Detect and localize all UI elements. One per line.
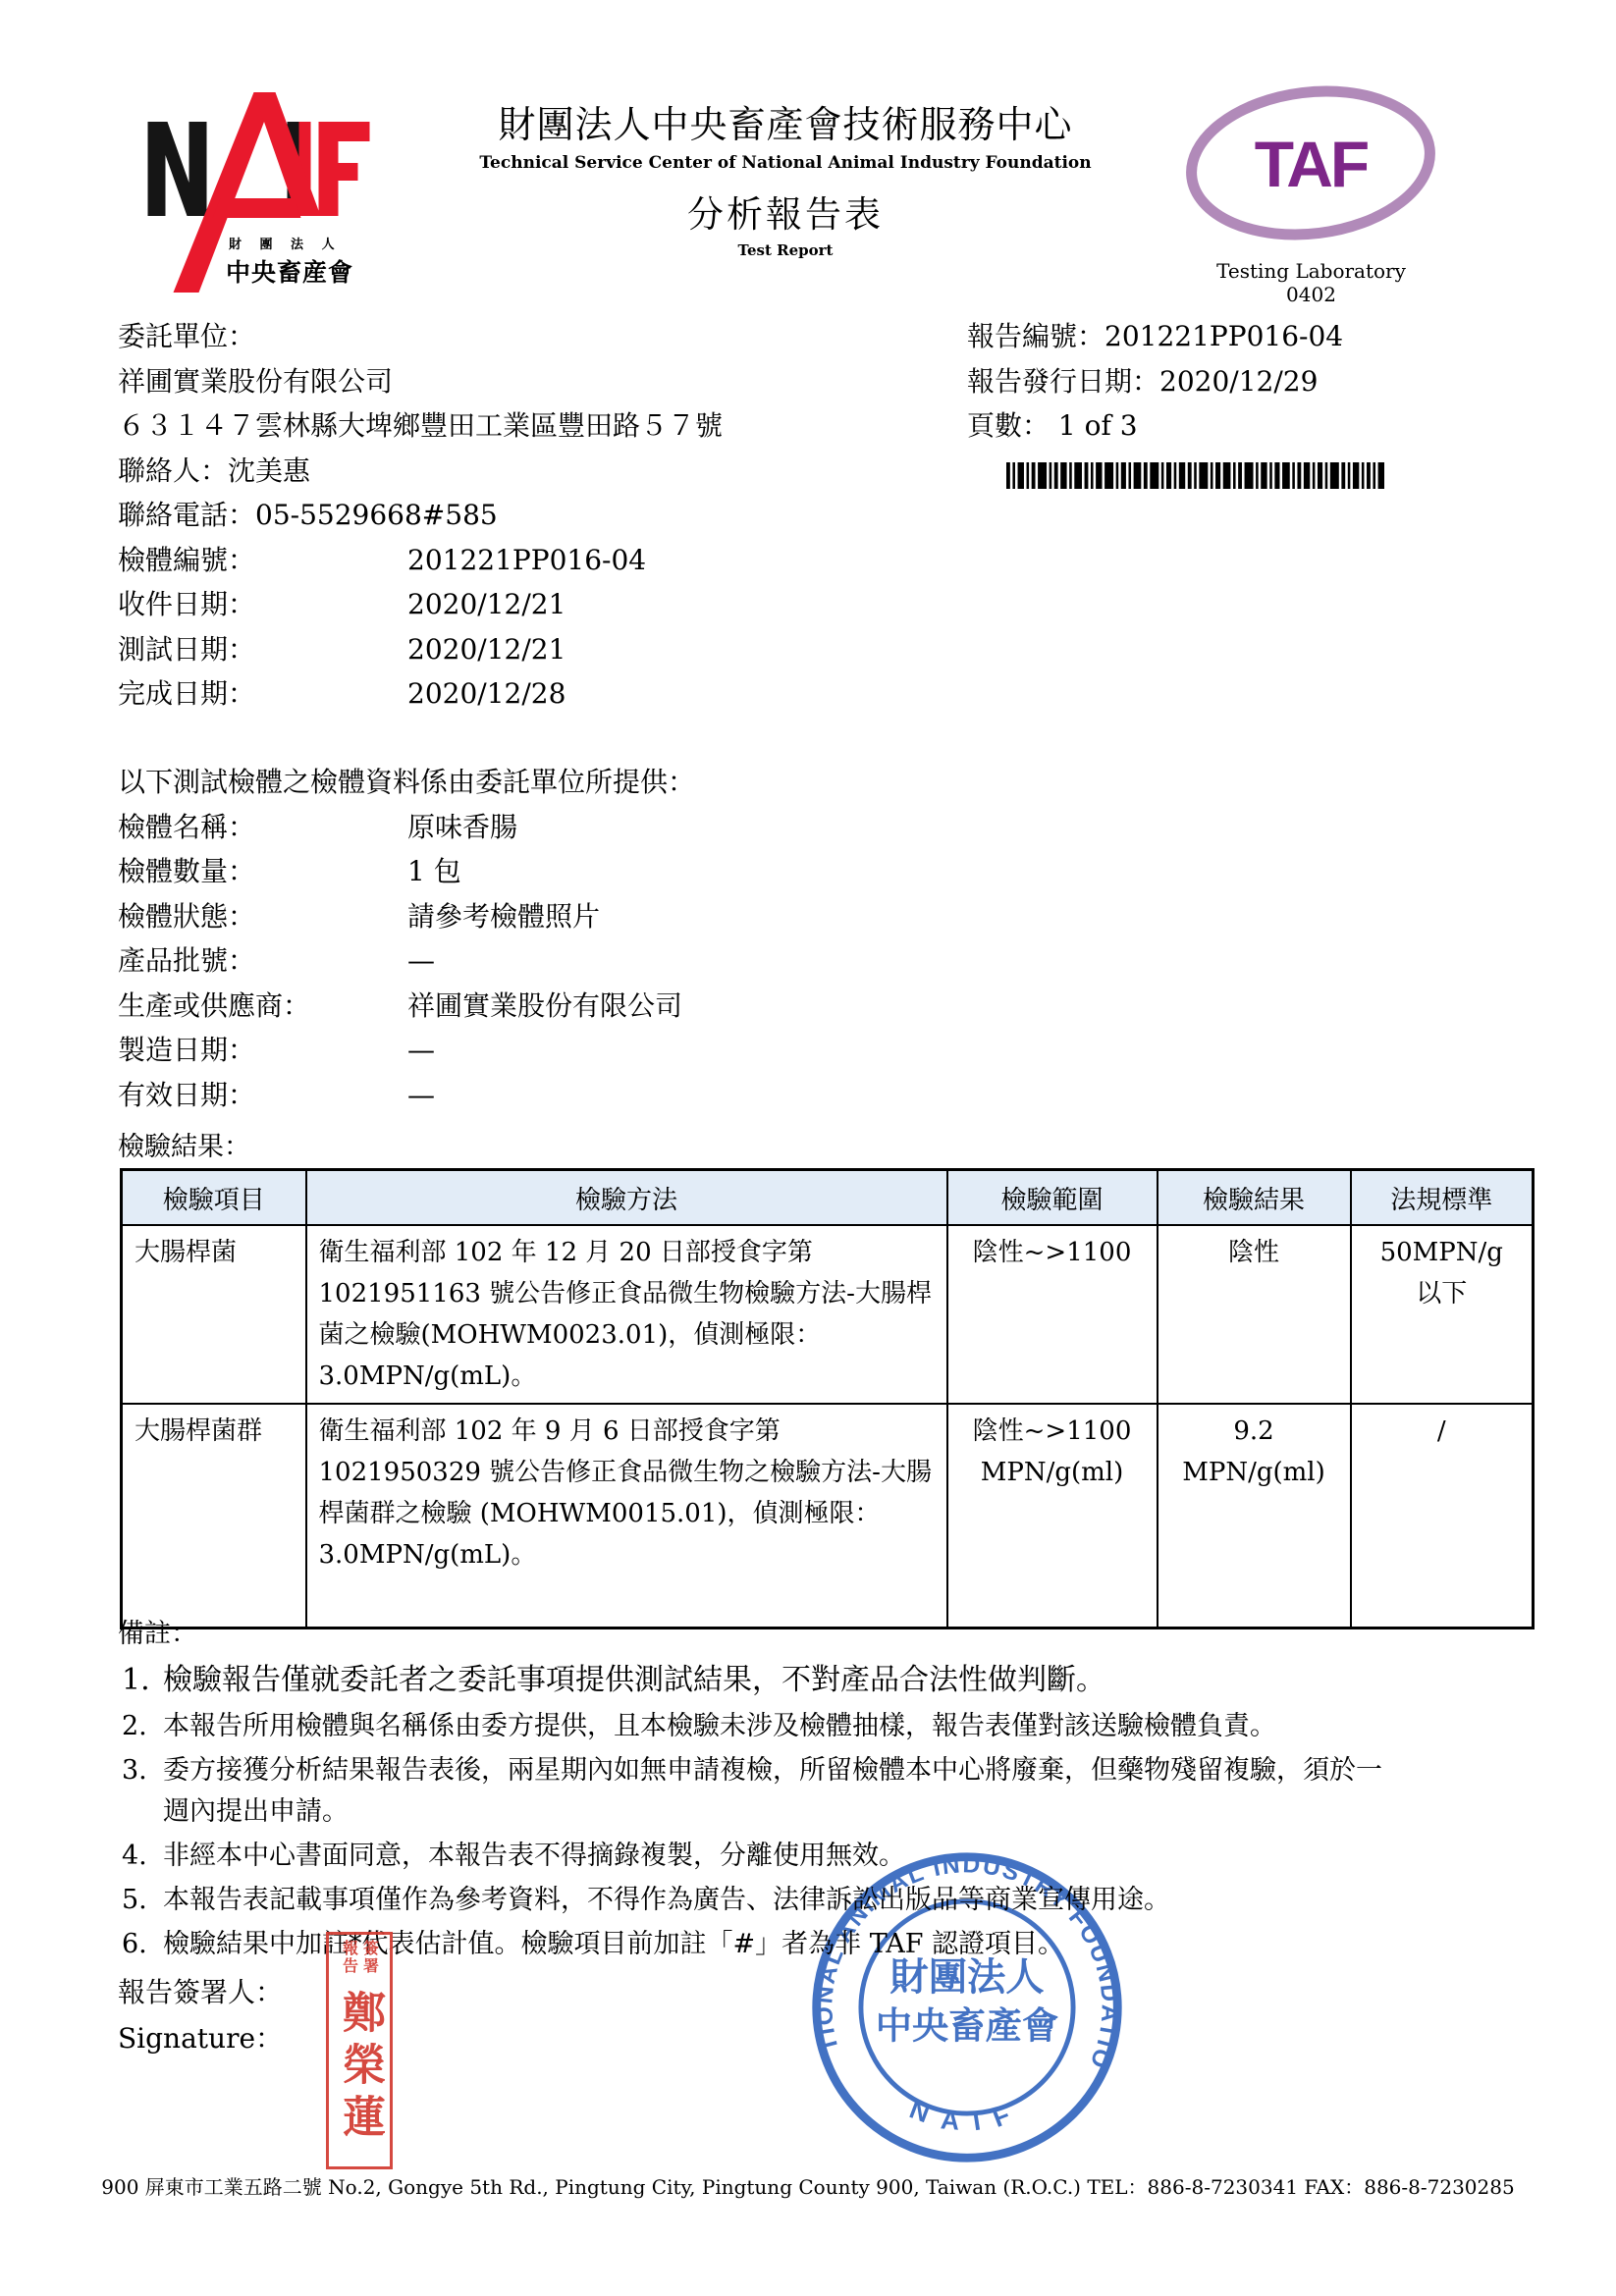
signer-label-zh: 報告簽署人： <box>118 1969 283 2015</box>
col-header-range: 檢驗範圍 <box>947 1170 1158 1226</box>
col-header-standard: 法規標準 <box>1351 1170 1534 1226</box>
sample-exp-date-row: 有效日期： — <box>118 1073 1198 1118</box>
taf-number: 0402 <box>1176 283 1446 306</box>
client-phone: 聯絡電話：05-5529668#585 <box>118 493 943 538</box>
note-item-1: 1. 檢驗報告僅就委託者之委託事項提供測試結果，不對產品合法性做判斷。 <box>118 1658 1394 1703</box>
org-title-zh: 財團法人中央畜產會技術服務中心 <box>393 94 1178 148</box>
row1-item: 大腸桿菌 <box>122 1225 306 1404</box>
sample-mfg-date-row: 製造日期： — <box>118 1028 1198 1073</box>
svg-text:NAIF: NAIF <box>905 2094 1028 2137</box>
taf-logo-icon: TAF <box>1176 79 1446 253</box>
barcode <box>1006 462 1384 489</box>
signer-seal-name: 鄭榮蓮 <box>338 1990 381 2146</box>
received-date-row: 收件日期： 2020/12/21 <box>118 582 943 627</box>
signer-seal-header: 報告 簽署 <box>329 1940 390 1975</box>
client-info: 委託單位： 祥圃實業股份有限公司 ６３１４７雲林縣大埤鄉豐田工業區豐田路５７號 … <box>118 314 943 717</box>
sample-intro: 以下測試檢體之檢體資料係由委託單位所提供： <box>118 760 1198 805</box>
sample-state-row: 檢體狀態： 請參考檢體照片 <box>118 894 1198 939</box>
row2-result: 9.2 MPN/g(ml) <box>1158 1404 1351 1628</box>
sample-batch-row: 產品批號： — <box>118 938 1198 984</box>
signer-seal-stamp: 報告 簽署 鄭榮蓮 <box>326 1932 393 2169</box>
complete-date-row: 完成日期： 2020/12/28 <box>118 671 943 717</box>
client-unit-label: 委託單位： <box>118 314 943 359</box>
col-header-result: 檢驗結果 <box>1158 1170 1351 1226</box>
row2-standard: / <box>1351 1404 1534 1628</box>
sample-info: 以下測試檢體之檢體資料係由委託單位所提供： 檢體名稱： 原味香腸 檢體數量： 1… <box>118 760 1198 1117</box>
footer-address: 900 屏東市工業五路二號 No.2, Gongye 5th Rd., Ping… <box>0 2171 1616 2200</box>
table-row: 大腸桿菌 衛生福利部 102 年 12 月 20 日部授食字第 10219511… <box>122 1225 1534 1404</box>
col-header-item: 檢驗項目 <box>122 1170 306 1226</box>
results-table: 檢驗項目 檢驗方法 檢驗範圍 檢驗結果 法規標準 大腸桿菌 衛生福利部 102 … <box>120 1168 1535 1629</box>
note-item-2: 2. 本報告所用檢體與名稱係由委方提供，且本檢驗未涉及檢體抽樣，報告表僅對該送驗… <box>118 1706 1394 1747</box>
org-title-en: Technical Service Center of National Ani… <box>393 153 1178 173</box>
report-number: 報告編號：201221PP016-04 <box>967 314 1556 359</box>
results-table-header-row: 檢驗項目 檢驗方法 檢驗範圍 檢驗結果 法規標準 <box>122 1170 1534 1226</box>
note-item-4: 4. 非經本中心書面同意，本報告表不得摘錄複製，分離使用無效。 <box>118 1836 1394 1877</box>
col-header-method: 檢驗方法 <box>306 1170 947 1226</box>
notes-label: 備註： <box>118 1615 1551 1654</box>
signer-label-en: Signature： <box>118 2015 283 2061</box>
stamp-center-line1: 財團法人 <box>889 1954 1044 2000</box>
row1-result: 陰性 <box>1158 1225 1351 1404</box>
row2-method: 衛生福利部 102 年 9 月 6 日部授食字第 1021950329 號公告修… <box>306 1404 947 1628</box>
note-item-3: 3. 委方接獲分析結果報告表後，兩星期內如無申請複檢，所留檢體本中心將廢棄，但藥… <box>118 1750 1394 1833</box>
signature-block: 報告簽署人： Signature： <box>118 1969 283 2061</box>
taf-label: Testing Laboratory <box>1176 259 1446 283</box>
report-title-zh: 分析報告表 <box>393 185 1178 238</box>
taf-acronym: TAF <box>1255 128 1368 200</box>
naif-logo: 財 團 法 人 中央畜産會 <box>135 88 376 299</box>
row2-range: 陰性~>1100 MPN/g(ml) <box>947 1404 1158 1628</box>
client-address: ６３１４７雲林縣大埤鄉豐田工業區豐田路５７號 <box>118 403 943 449</box>
row1-method: 衛生福利部 102 年 12 月 20 日部授食字第 1021951163 號公… <box>306 1225 947 1404</box>
naif-logo-subtext-1: 財 團 法 人 <box>229 234 342 252</box>
naif-logo-subtext-2: 中央畜産會 <box>226 253 353 289</box>
report-pages: 頁數： 1 of 3 <box>967 403 1556 449</box>
report-info: 報告編號：201221PP016-04 報告發行日期：2020/12/29 頁數… <box>967 314 1556 489</box>
sample-qty-row: 檢體數量： 1 包 <box>118 849 1198 894</box>
note-item-5: 5. 本報告表記載事項僅作為參考資料，不得作為廣告、法律訴訟出版品等商業宣傳用途… <box>118 1880 1394 1921</box>
row1-standard: 50MPN/g 以下 <box>1351 1225 1534 1404</box>
row1-range: 陰性~>1100 <box>947 1225 1158 1404</box>
stamp-center-line2: 中央畜產會 <box>876 2003 1059 2047</box>
taf-logo: TAF Testing Laboratory 0402 <box>1176 79 1446 306</box>
client-company: 祥圃實業股份有限公司 <box>118 359 943 404</box>
row2-item: 大腸桿菌群 <box>122 1404 306 1628</box>
sample-supplier-row: 生產或供應商： 祥圃實業股份有限公司 <box>118 984 1198 1029</box>
client-contact: 聯絡人：沈美惠 <box>118 449 943 494</box>
stamp-arc-bottom-text: NAIF <box>905 2094 1028 2137</box>
results-section-label: 檢驗結果： <box>118 1125 250 1163</box>
organization-round-stamp: NATIONAL ANIMAL INDUSTRY FOUNDATION NAIF… <box>803 1843 1131 2171</box>
sample-name-row: 檢體名稱： 原味香腸 <box>118 805 1198 850</box>
test-report-page: 財 團 法 人 中央畜産會 財團法人中央畜產會技術服務中心 Technical … <box>0 0 1616 2296</box>
report-issue-date: 報告發行日期：2020/12/29 <box>967 359 1556 404</box>
sample-id-row: 檢體編號： 201221PP016-04 <box>118 538 943 583</box>
note-item-6: 6. 檢驗結果中加註*代表估計值。檢驗項目前加註「#」者為非 TAF 認證項目。 <box>118 1924 1394 1965</box>
report-title-en: Test Report <box>393 241 1178 259</box>
document-header: 財團法人中央畜產會技術服務中心 Technical Service Center… <box>393 94 1178 259</box>
test-date-row: 測試日期： 2020/12/21 <box>118 627 943 672</box>
table-row: 大腸桿菌群 衛生福利部 102 年 9 月 6 日部授食字第 102195032… <box>122 1404 1534 1628</box>
